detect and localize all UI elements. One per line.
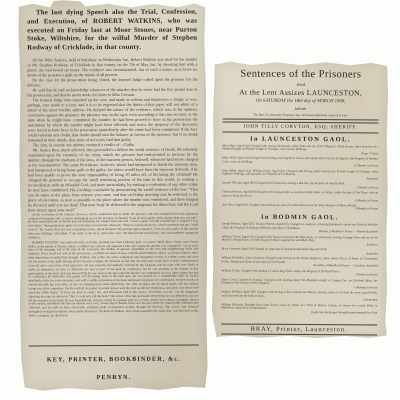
- entry-text: Ann Olver, Aged (21) Charged with steali…: [222, 202, 357, 207]
- judges-line: The Hon. Sir Alexander Thomson, Knt. and…: [223, 112, 379, 117]
- entry-text: William Tickle, Charged with stealing a …: [221, 268, 339, 273]
- double-rule: [223, 118, 379, 123]
- rule: [222, 131, 378, 133]
- entry-text: John Miller, Aged (24), William Cross, A…: [222, 168, 378, 176]
- prisoner-entry: William Vivian, Aged (25) Charged with b…: [222, 235, 378, 247]
- paragraph: Mr. Justice Best, much affected, then pr…: [28, 146, 198, 212]
- assizes-line: At the Lent Assizes LAUNCESTON,: [223, 87, 379, 97]
- sheriff-line: JOHN TILLY CORYTON, ESQ; SHERIFF.: [222, 124, 378, 130]
- entry-text: William Rowlilles, John Crutchett, Charg…: [222, 256, 378, 264]
- bodmin-entries: Joseph Thomas, Aged (25), Thomas Warren,…: [221, 223, 378, 316]
- entry-verdict: Guilty but discharged through being rema…: [221, 310, 377, 315]
- prisoner-entry: Ann Olver, Aged (21) Charged with steali…: [222, 203, 378, 211]
- small-paragraph: At the conclusion of the sentence, howev…: [28, 212, 198, 240]
- date-line: On SATURDAY the 18th day of MARCH 1808,: [223, 98, 379, 104]
- right-doc-title: Sentences of the Prisoners: [223, 68, 379, 80]
- prisoner-entry: Mary Bate, Aged (24) Charged with having…: [222, 144, 378, 156]
- left-doc-body: AT the Wilts Assizes, held at Salisbury …: [27, 57, 198, 212]
- prisoner-entry: William Richards, Brought back from Exet…: [221, 303, 377, 315]
- entry-text: Stephen Kelliher, Aged (45) Charged with…: [221, 290, 377, 298]
- launceston-entries: Mary Bate, Aged (24) Charged with having…: [222, 144, 378, 212]
- left-doc-smallprint: At the conclusion of the sentence, howev…: [28, 212, 199, 318]
- prisoner-entry: Joseph Thomas, Aged (25), Thomas Warren,…: [222, 223, 378, 235]
- right-doc-imprint: BRAY, Printer, Launceston.: [221, 323, 377, 336]
- entry-text: Mary Wills, Aged (24) Charged with steal…: [222, 156, 378, 164]
- prisoner-entry: William Rowlilles, John Crutchett, Charg…: [222, 257, 378, 269]
- right-doc-content: Sentences of the Prisoners tried At the …: [221, 67, 379, 317]
- entry-text: William Vivian, Aged (25) Charged with b…: [222, 234, 378, 242]
- paragraph: AT the Wilts Assizes, held at Salisbury …: [27, 57, 197, 78]
- bodmin-gaol-header: In BODMIN GAOL.: [222, 214, 378, 222]
- before-line: before: [223, 105, 379, 111]
- prisoner-entry: Stephen Kelliher, Aged (45) Charged with…: [221, 291, 377, 303]
- entry-text: William Richards, Brought back from Exet…: [221, 302, 377, 310]
- prisoner-entry: John Miller, Aged (24), William Cross, A…: [222, 169, 378, 181]
- prisoner-entry: Thomas Parsons, Aged (69) Charged with h…: [222, 191, 378, 203]
- left-doc-imprint-rule: KEY, PRINTER, BOOKBINDER, &c. PENRYN.: [29, 344, 199, 384]
- launceston-gaol-header: In LAUNCESTON GAOL.: [222, 135, 378, 143]
- entry-text: James Lock, Charleston Symons, Charged w…: [221, 277, 377, 285]
- broadside-watkins-execution: The last dying Speech also the Trial, Co…: [18, 0, 208, 391]
- broadside-prisoner-sentences: Sentences of the Prisoners tried At the …: [211, 60, 389, 339]
- entry-text: Mary Lemmon, Aged (30) Charged on suspic…: [222, 247, 327, 252]
- entry-verdict: 3 Months in Prison: [222, 207, 378, 212]
- left-doc-content: The last dying Speech also the Trial, Co…: [27, 9, 199, 362]
- entry-text: Thomas Parsons, Aged (69) Charged with h…: [222, 190, 378, 198]
- right-doc-imprint-block: BRAY, Printer, Launceston.: [221, 323, 377, 336]
- paragraph: The learned Judge then summed up the cas…: [27, 97, 197, 143]
- tried-line: tried: [223, 81, 379, 87]
- small-paragraph: ROBERT WATKINS was removed early on Frid…: [28, 240, 198, 318]
- prisoner-entry: James Lock, Charleston Symons, Charged w…: [221, 278, 377, 290]
- entry-text: Mary Bate, Aged (24) Charged with having…: [222, 143, 378, 151]
- left-doc-title: The last dying Speech also the Trial, Co…: [27, 9, 197, 54]
- entry-text: Joseph Thomas, Aged (25), Thomas Warren,…: [222, 222, 378, 230]
- prisoner-entry: Mary Wills, Aged (24) Charged with steal…: [222, 157, 378, 169]
- entry-text: Samuel Ellacott, Aged (40) Charged with …: [222, 181, 345, 186]
- left-doc-imprint: KEY, PRINTER, BOOKBINDER, &c. PENRYN.: [47, 356, 181, 381]
